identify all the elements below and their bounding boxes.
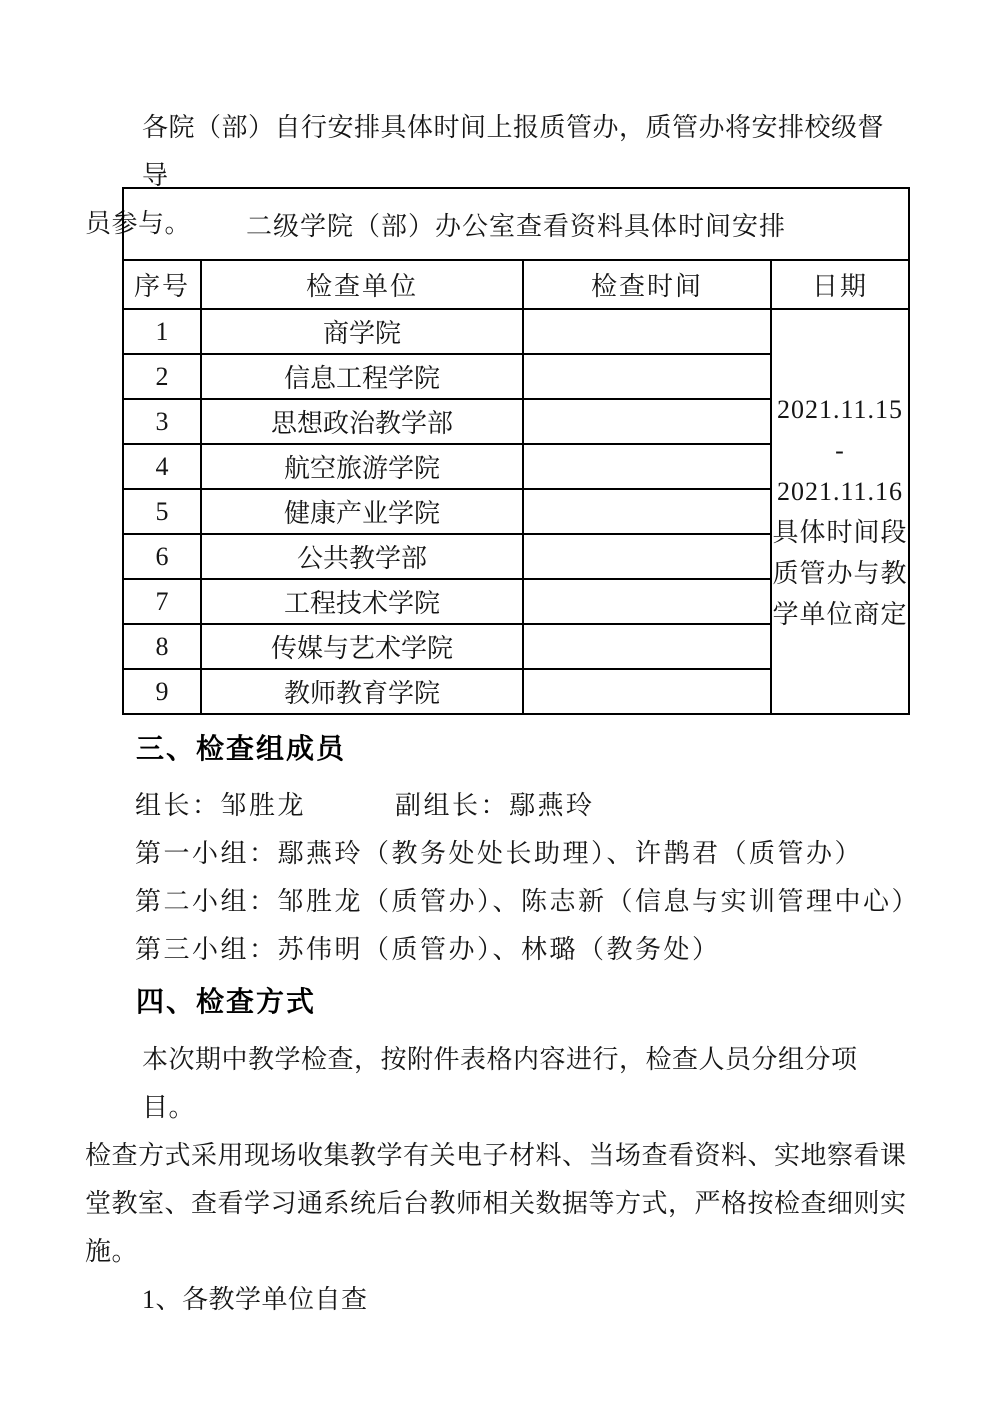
row-index-cell: 3 — [123, 399, 201, 444]
date-cell: 2021.11.15 - 2021.11.16 具体时间段 质管办与教 学单位商… — [771, 309, 909, 714]
inspection-team-list: 组长：邹胜龙 副组长：鄢燕玲 第一小组：鄢燕玲（教务处处长助理）、许鹊君（质管办… — [135, 782, 920, 974]
schedule-table: 二级学院（部）办公室查看资料具体时间安排 序号 检查单位 检查时间 日期 1 商… — [122, 187, 910, 715]
time-cell — [523, 489, 771, 534]
table-row: 1 商学院 2021.11.15 - 2021.11.16 具体时间段 质管办与… — [123, 309, 909, 354]
row-index-cell: 9 — [123, 669, 201, 714]
col-header-date: 日期 — [771, 260, 909, 309]
unit-cell: 传媒与艺术学院 — [201, 624, 523, 669]
date-note-line: 学单位商定 — [772, 594, 908, 635]
method-line-2: 检查方式采用现场收集教学有关电子材料、当场查看资料、实地察看课 — [85, 1132, 908, 1180]
deputy-leader-label: 副组长：鄢燕玲 — [395, 791, 595, 820]
time-cell — [523, 399, 771, 444]
time-cell — [523, 534, 771, 579]
col-header-index: 序号 — [123, 260, 201, 309]
leader-line: 组长：邹胜龙 副组长：鄢燕玲 — [135, 782, 920, 830]
unit-cell: 信息工程学院 — [201, 354, 523, 399]
time-cell — [523, 309, 771, 354]
method-line-1: 本次期中教学检查，按附件表格内容进行，检查人员分组分项目。 — [85, 1036, 908, 1132]
method-line-3: 堂教室、查看学习通系统后台教师相关数据等方式，严格按检查细则实 — [85, 1180, 908, 1228]
time-cell — [523, 444, 771, 489]
unit-cell: 航空旅游学院 — [201, 444, 523, 489]
method-line-4: 施。 — [85, 1228, 908, 1276]
col-header-time: 检查时间 — [523, 260, 771, 309]
leader-label: 组长：邹胜龙 — [135, 791, 306, 820]
intro-line-1: 各院（部）自行安排具体时间上报质管办，质管办将安排校级督导 — [85, 104, 908, 200]
unit-cell: 商学院 — [201, 309, 523, 354]
group-line-3: 第三小组：苏伟明（质管办）、林璐（教务处） — [135, 926, 920, 974]
row-index-cell: 1 — [123, 309, 201, 354]
unit-cell: 健康产业学院 — [201, 489, 523, 534]
col-header-unit: 检查单位 — [201, 260, 523, 309]
group-line-1: 第一小组：鄢燕玲（教务处处长助理）、许鹊君（质管办） — [135, 830, 920, 878]
row-index-cell: 4 — [123, 444, 201, 489]
unit-cell: 思想政治教学部 — [201, 399, 523, 444]
row-index-cell: 2 — [123, 354, 201, 399]
time-cell — [523, 354, 771, 399]
unit-cell: 教师教育学院 — [201, 669, 523, 714]
group-line-2: 第二小组：邹胜龙（质管办）、陈志新（信息与实训管理中心） — [135, 878, 920, 926]
date-note-line: 质管办与教 — [772, 553, 908, 594]
date-note-line: 具体时间段 — [772, 512, 908, 553]
section-heading-inspection-method: 四、检查方式 — [136, 980, 316, 1020]
row-index-cell: 8 — [123, 624, 201, 669]
section-heading-inspection-team: 三、检查组成员 — [136, 727, 346, 767]
time-cell — [523, 669, 771, 714]
method-paragraph: 本次期中教学检查，按附件表格内容进行，检查人员分组分项目。 检查方式采用现场收集… — [85, 1036, 908, 1324]
table-title: 二级学院（部）办公室查看资料具体时间安排 — [123, 188, 909, 260]
row-index-cell: 5 — [123, 489, 201, 534]
unit-cell: 公共教学部 — [201, 534, 523, 579]
row-index-cell: 7 — [123, 579, 201, 624]
document-page: 各院（部）自行安排具体时间上报质管办，质管办将安排校级督导 员参与。 二级学院（… — [0, 0, 992, 1403]
table-title-row: 二级学院（部）办公室查看资料具体时间安排 — [123, 188, 909, 260]
table-header-row: 序号 检查单位 检查时间 日期 — [123, 260, 909, 309]
date-line: 2021.11.16 — [772, 471, 908, 512]
time-cell — [523, 579, 771, 624]
date-line: 2021.11.15 — [772, 389, 908, 430]
time-cell — [523, 624, 771, 669]
unit-cell: 工程技术学院 — [201, 579, 523, 624]
date-range-dash: - — [772, 430, 908, 471]
row-index-cell: 6 — [123, 534, 201, 579]
list-item-self-check: 1、各教学单位自查 — [85, 1276, 908, 1324]
